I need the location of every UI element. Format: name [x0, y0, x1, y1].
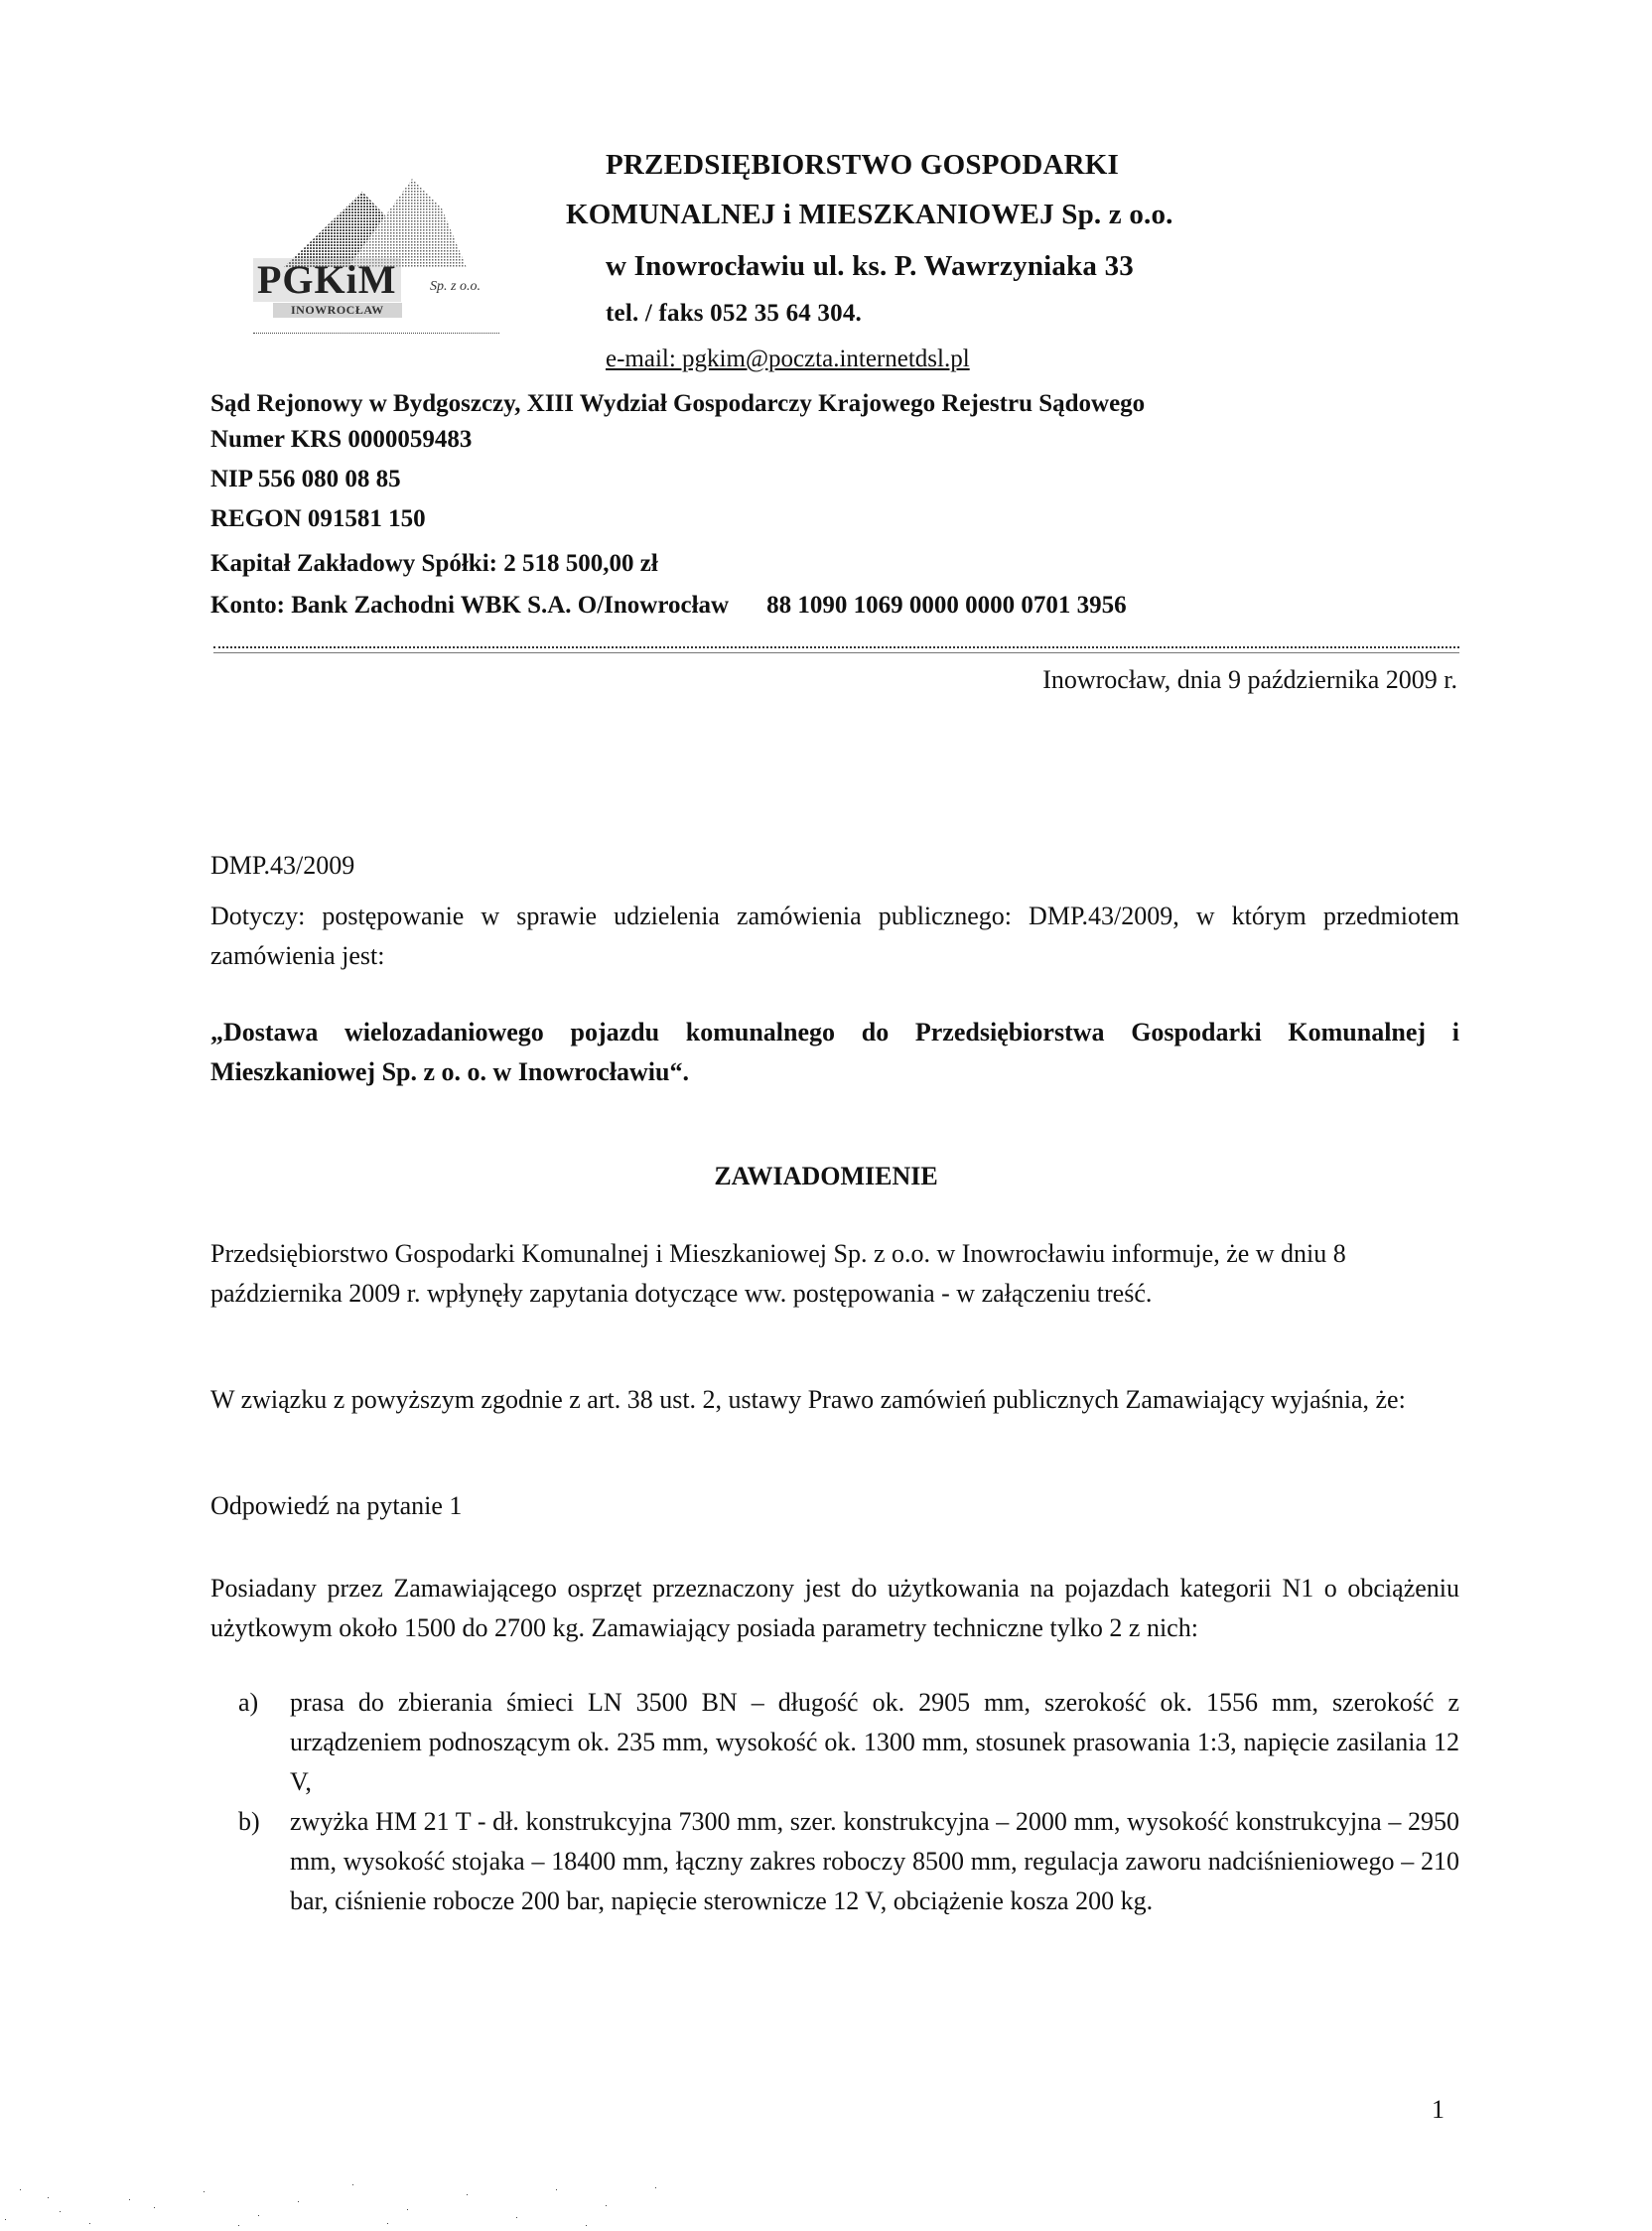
list-item: b) zwyżka HM 21 T - dł. konstrukcyjna 73…: [210, 1802, 1459, 1921]
list-marker: a): [210, 1683, 290, 1802]
page-number: 1: [1432, 2095, 1445, 2125]
list-item-text: zwyżka HM 21 T - dł. konstrukcyjna 7300 …: [290, 1802, 1459, 1921]
equipment-list: a) prasa do zbierania śmieci LN 3500 BN …: [210, 1683, 1459, 1921]
account-number: 88 1090 1069 0000 0000 0701 3956: [766, 592, 1127, 619]
company-name-line1: PRZEDSIĘBIORSTWO GOSPODARKI: [606, 149, 1119, 182]
document-title: ZAWIADOMIENIE: [0, 1162, 1652, 1191]
registry-nip: NIP 556 080 08 85: [210, 466, 401, 493]
company-email-link[interactable]: e-mail: pgkim@poczta.internetdsl.pl: [606, 346, 970, 373]
logo-name: PGKiM: [253, 258, 401, 302]
list-item: a) prasa do zbierania śmieci LN 3500 BN …: [210, 1683, 1459, 1802]
procurement-subject: „Dostawa wielozadaniowego pojazdu komuna…: [210, 1013, 1459, 1092]
company-address: w Inowrocławiu ul. ks. P. Wawrzyniaka 33: [606, 250, 1134, 283]
explanation-intro: W związku z powyższym zgodnie z art. 38 …: [210, 1380, 1459, 1420]
registry-capital: Kapitał Zakładowy Spółki: 2 518 500,00 z…: [210, 550, 658, 578]
reference-number: DMP.43/2009: [210, 846, 354, 886]
scan-noise: [0, 2179, 695, 2231]
concerns-paragraph: Dotyczy: postępowanie w sprawie udzielen…: [210, 897, 1459, 976]
company-phone: tel. / faks 052 35 64 304.: [606, 300, 862, 328]
company-logo: PGKiM Sp. z o.o. INOWROCŁAW: [253, 164, 501, 328]
answer-paragraph: Posiadany przez Zamawiającego osprzęt pr…: [210, 1569, 1459, 1648]
header-divider-underline: [213, 652, 1459, 653]
list-item-text: prasa do zbierania śmieci LN 3500 BN – d…: [290, 1683, 1459, 1802]
registry-regon: REGON 091581 150: [210, 505, 426, 533]
logo-legal-form: Sp. z o.o.: [430, 279, 481, 295]
company-name-line2: KOMUNALNEJ i MIESZKANIOWEJ Sp. z o.o.: [566, 199, 1173, 231]
account-label: Konto: Bank Zachodni WBK S.A. O/Inowrocł…: [210, 592, 729, 619]
registry-krs: Numer KRS 0000059483: [210, 426, 472, 454]
header-divider: [213, 646, 1459, 648]
registry-account: Konto: Bank Zachodni WBK S.A. O/Inowrocł…: [210, 592, 1127, 620]
notice-paragraph: Przedsiębiorstwo Gospodarki Komunalnej i…: [210, 1234, 1459, 1314]
letter-date: Inowrocław, dnia 9 października 2009 r.: [1042, 665, 1457, 695]
list-marker: b): [210, 1802, 290, 1921]
logo-underline: [253, 333, 499, 334]
answer-heading: Odpowiedź na pytanie 1: [210, 1486, 462, 1526]
registry-court: Sąd Rejonowy w Bydgoszczy, XIII Wydział …: [210, 390, 1145, 418]
logo-city: INOWROCŁAW: [273, 303, 402, 318]
